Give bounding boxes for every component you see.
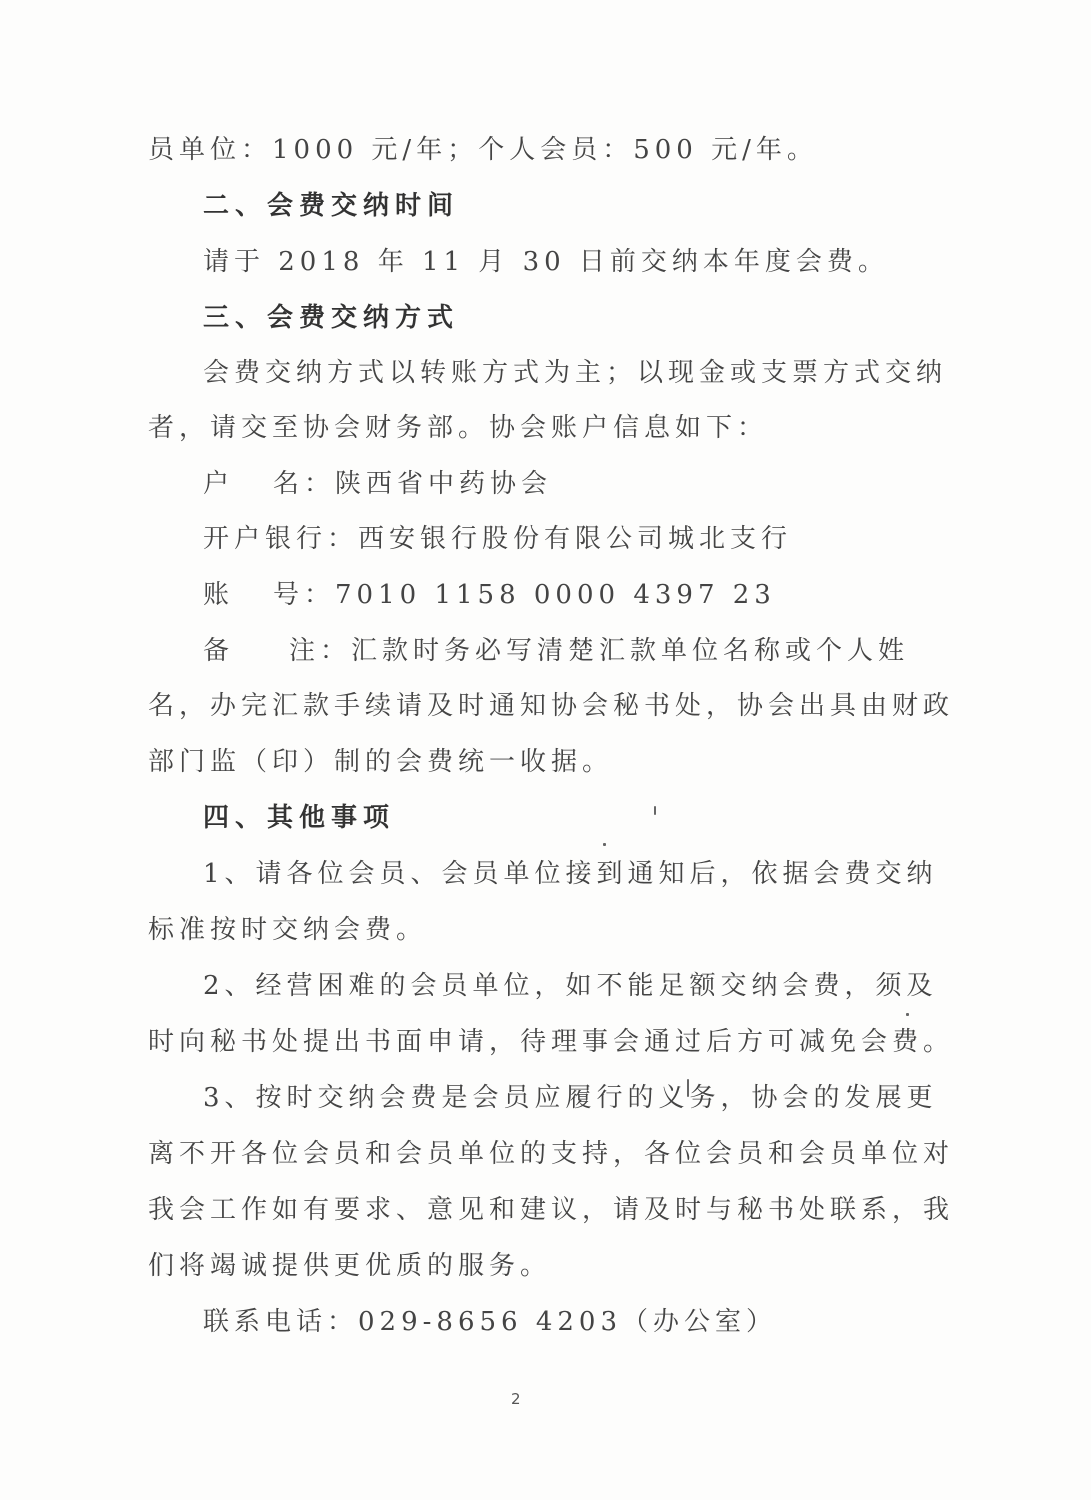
section-heading-other-matters: 四、其他事项 [203,801,395,835]
remark-text-3: 部门监（印）制的会费统一收据。 [148,745,613,779]
scan-speck [654,806,656,815]
item-1-text-1: 1、请各位会员、会员单位接到通知后，依据会费交纳 [203,857,938,891]
remark-row: 备注：汇款时务必写清楚汇款单位名称或个人姓 [203,634,909,668]
bank-name-label: 开户银行： [203,524,358,554]
bank-name-value: 西安银行股份有限公司城北支行 [358,524,792,554]
scan-speck [906,1013,909,1016]
account-name-label-2: 名： [273,469,335,499]
remark-value: 汇款时务必写清楚汇款单位名称或个人姓 [351,636,909,666]
item-1-text-2: 标准按时交纳会费。 [148,913,427,947]
account-number-label-2: 号： [273,580,335,610]
payment-deadline-text: 请于 2018 年 11 月 30 日前交纳本年度会费。 [203,245,889,279]
document-page: 员单位：1000 元/年；个人会员：500 元/年。 二、会费交纳时间 请于 2… [0,0,1091,1500]
account-number-label-1: 账 [203,578,273,612]
account-number-value: 7010 1158 0000 4397 23 [335,580,776,610]
payment-method-text-1: 会费交纳方式以转账方式为主；以现金或支票方式交纳 [203,356,947,390]
fee-standard-continuation: 员单位：1000 元/年；个人会员：500 元/年。 [148,133,818,167]
section-heading-payment-time: 二、会费交纳时间 [203,189,459,223]
remark-text-2: 名，办完汇款手续请及时通知协会秘书处，协会出具由财政 [148,689,954,723]
section-heading-payment-method: 三、会费交纳方式 [203,301,459,335]
item-2-text-1: 2、经营困难的会员单位，如不能足额交纳会费，须及 [203,969,938,1003]
page-number: 2 [511,1390,521,1408]
account-number-row: 账号：7010 1158 0000 4397 23 [203,578,776,612]
item-3-text-4: 们将竭诚提供更优质的服务。 [148,1249,551,1283]
item-3-text-2: 离不开各位会员和会员单位的支持，各位会员和会员单位对 [148,1137,954,1171]
remark-label-2: 注： [289,636,351,666]
account-name-row: 户名：陕西省中药协会 [203,467,552,501]
scan-speck [918,1091,920,1100]
item-2-text-2: 时向秘书处提出书面申请，待理事会通过后方可减免会费。 [148,1025,954,1059]
account-name-value: 陕西省中药协会 [335,469,552,499]
bank-name-row: 开户银行：西安银行股份有限公司城北支行 [203,522,792,556]
item-3-text-3: 我会工作如有要求、意见和建议，请及时与秘书处联系，我 [148,1193,954,1227]
remark-label-1: 备 [203,634,289,668]
contact-phone-text: 联系电话：029-8656 4203（办公室） [203,1305,777,1339]
payment-method-text-2: 者，请交至协会财务部。协会账户信息如下： [148,411,768,445]
account-name-label-1: 户 [203,467,273,501]
scan-speck [687,1079,689,1097]
item-3-text-1: 3、按时交纳会费是会员应履行的义务，协会的发展更 [203,1081,938,1115]
scan-speck [603,843,606,846]
